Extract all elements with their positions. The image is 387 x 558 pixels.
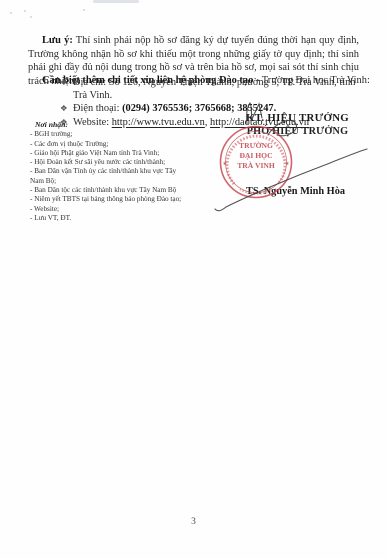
scan-speck — [83, 9, 85, 11]
stamp-inner-ring — [226, 132, 287, 193]
recipient-line: - Giáo hội Phật giáo Việt Nam tỉnh Trà V… — [30, 149, 208, 158]
document-page: Lưu ý: Thí sinh phải nộp hồ sơ đăng ký d… — [0, 0, 387, 558]
scan-smudge — [93, 0, 139, 3]
signature-flourish-stroke — [215, 149, 367, 211]
stamp-line1: TRƯỜNG — [239, 140, 273, 150]
signature-subtitle: PHÓ HIỆU TRƯỞNG — [230, 126, 365, 137]
stamp-star-icon: ★ — [223, 161, 228, 167]
signer-name: TS. Nguyễn Minh Hòa — [228, 186, 363, 197]
recipient-line: - Ban Dân tộc các tỉnh/thành khu vực Tây… — [30, 186, 208, 195]
recipients-heading: Nơi nhận: — [35, 120, 208, 129]
signature-title: KT. HIỆU TRƯỞNG — [230, 112, 365, 124]
recipient-line: - Các đơn vị thuộc Trường; — [30, 140, 208, 149]
recipients-block: Nơi nhận: - BGH trường; - Các đơn vị thu… — [30, 120, 208, 223]
recipient-line: - BGH trường; — [30, 130, 208, 139]
notice-label: Lưu ý: — [42, 35, 73, 46]
stamp-star-icon: ★ — [285, 161, 290, 167]
page-number: 3 — [140, 517, 247, 527]
scan-speck — [24, 10, 26, 12]
diamond-bullet-icon: ❖ — [60, 76, 73, 89]
recipient-line: - Niêm yết TBTS tại bảng thông báo phòng… — [30, 195, 208, 204]
phone-label: Điện thoại: — [73, 103, 119, 114]
scan-speck — [30, 16, 32, 18]
recipient-line: - Hội Đoàn kết Sư sãi yêu nước các tỉnh/… — [30, 158, 208, 167]
stamp-line3: TRÀ VINH — [237, 160, 275, 170]
address-text: Số 126, Nguyễn Thiện Thành, phường 5, TP… — [73, 77, 356, 101]
address-label: Địa chỉ: — [73, 77, 106, 88]
contact-address-row: ❖ Địa chỉ: Số 126, Nguyễn Thiện Thành, p… — [60, 76, 370, 102]
recipient-line: Nam Bộ; — [30, 177, 208, 186]
diamond-bullet-icon: ❖ — [60, 102, 73, 115]
recipient-line: - Lưu VT, ĐT. — [30, 214, 208, 223]
contact-address: Địa chỉ: Số 126, Nguyễn Thiện Thành, phư… — [73, 77, 370, 102]
stamp-rim-text-arc — [227, 136, 285, 184]
recipient-line: - Website; — [30, 205, 208, 214]
scan-speck — [10, 12, 12, 14]
stamp-line2: ĐẠI HỌC — [239, 151, 272, 160]
recipient-line: - Ban Dân vận Tỉnh ủy các tỉnh/thành khu… — [30, 167, 208, 176]
